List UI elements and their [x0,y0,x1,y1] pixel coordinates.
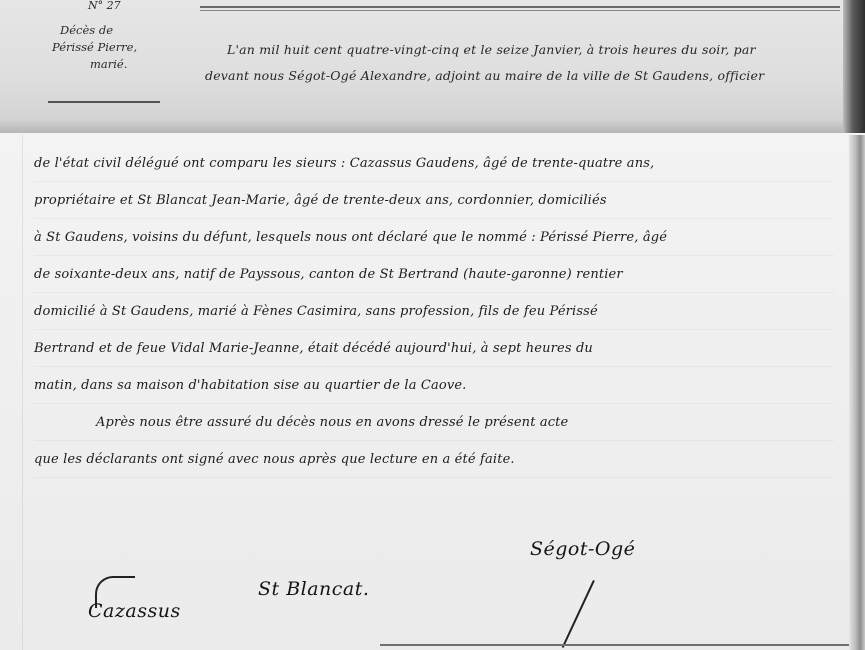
record-body-text: de l'état civil délégué ont comparu les … [34,145,834,478]
text-line: matin, dans sa maison d'habitation sise … [34,367,834,404]
binding-edge [849,135,865,650]
margin-title-line-3: marié. [90,56,168,73]
text-line: devant nous Ségot-Ogé Alexandre, adjoint… [205,68,845,94]
text-line: de l'état civil délégué ont comparu les … [34,145,834,182]
text-line: à St Gaudens, voisins du défunt, lesquel… [34,219,834,256]
closing-line: que les déclarants ont signé avec nous a… [34,441,834,478]
margin-title-line-1: Décès de [60,22,168,39]
scan-panel-top: N° 27 Décès de Périssé Pierre, marié. L'… [0,0,865,133]
text-line: L'an mil huit cent quatre-vingt-cinq et … [205,42,845,68]
scan-shadow [0,119,865,133]
text-line: de soixante-deux ans, natif de Payssous,… [34,256,834,293]
text-line: domicilié à St Gaudens, marié à Fènes Ca… [34,293,834,330]
signature-cazassus: Cazassus [88,600,181,622]
signature-block: Cazassus St Blancat. Ségot-Ogé [0,518,865,648]
header-rule [200,6,840,8]
margin-annotation: N° 27 Décès de Périssé Pierre, marié. [48,0,168,73]
signature-stroke [562,580,595,648]
binding-edge [843,0,865,133]
text-line: Bertrand et de feue Vidal Marie-Jeanne, … [34,330,834,367]
record-number: N° 27 [88,0,168,12]
text-line: propriétaire et St Blancat Jean-Marie, â… [34,182,834,219]
signature-officer: Ségot-Ogé [530,538,635,560]
margin-underline [48,101,160,103]
signature-st-blancat: St Blancat. [258,578,369,600]
header-rule-secondary [200,10,840,11]
scan-panel-bottom: de l'état civil délégué ont comparu les … [0,135,865,650]
closing-line: Après nous être assuré du décès nous en … [34,404,834,441]
footer-rule [380,644,850,646]
margin-title-line-2: Périssé Pierre, [52,39,168,56]
record-opening-text: L'an mil huit cent quatre-vingt-cinq et … [205,42,845,94]
